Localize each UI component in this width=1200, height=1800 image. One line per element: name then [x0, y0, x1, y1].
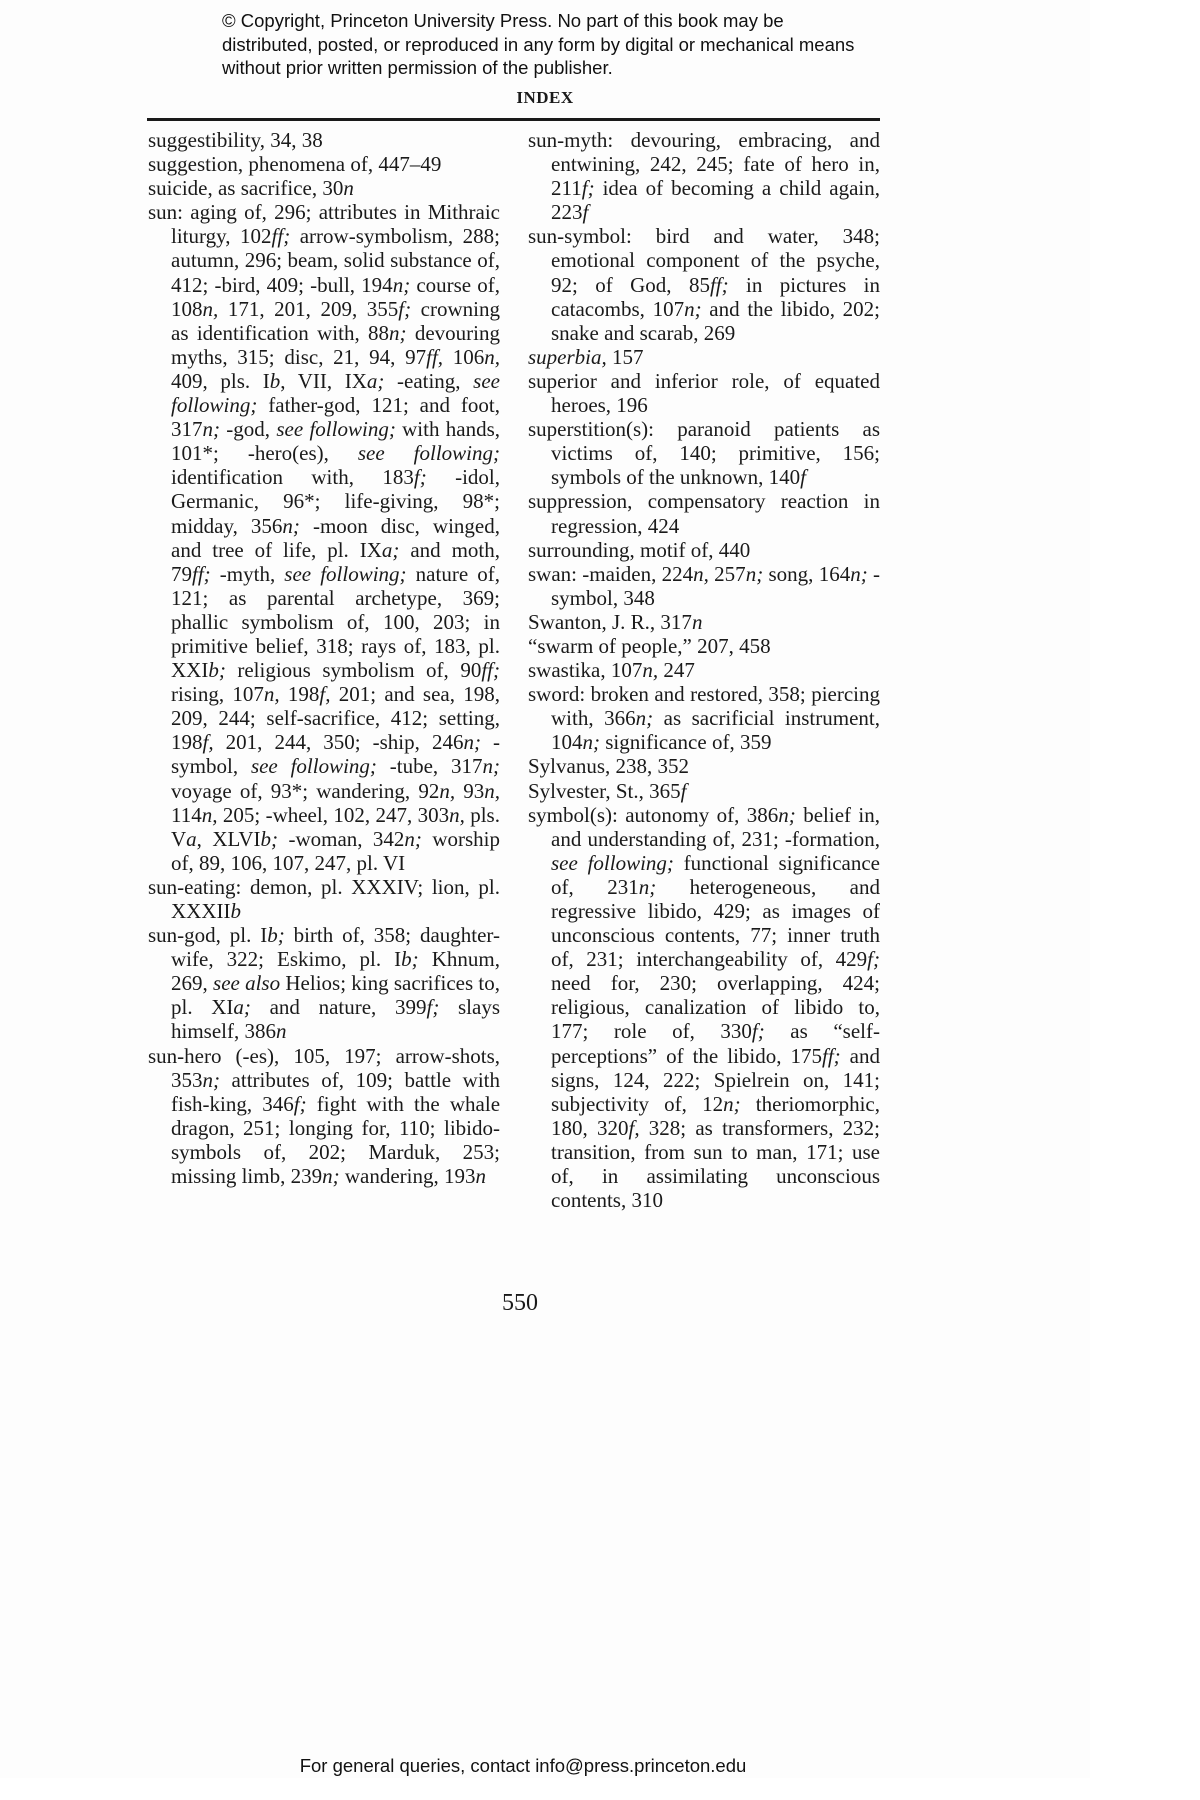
index-entry: swastika, 107n, 247 — [528, 658, 880, 682]
index-entry: superior and inferior role, of equated h… — [528, 369, 880, 417]
index-entry: superbia, 157 — [528, 345, 880, 369]
index-entry: sun: aging of, 296; attributes in Mithra… — [148, 200, 500, 875]
index-column-right: sun-myth: devouring, embracing, and entw… — [528, 128, 880, 1212]
index-entry: Sylvester, St., 365f — [528, 779, 880, 803]
index-entry: sun-god, pl. Ib; birth of, 358; daughter… — [148, 923, 500, 1043]
index-entry: sun-eating: demon, pl. XXXIV; lion, pl. … — [148, 875, 500, 923]
index-entry: sword: broken and restored, 358; piercin… — [528, 682, 880, 754]
index-entry: sun-myth: devouring, embracing, and entw… — [528, 128, 880, 224]
index-entry: Sylvanus, 238, 352 — [528, 754, 880, 778]
index-entry: suggestibility, 34, 38 — [148, 128, 500, 152]
index-entry: suggestion, phenomena of, 447–49 — [148, 152, 500, 176]
index-entry: sun-symbol: bird and water, 348; emotion… — [528, 224, 880, 344]
index-entry: suicide, as sacrifice, 30n — [148, 176, 500, 200]
index-entry: superstition(s): paranoid patients as vi… — [528, 417, 880, 489]
index-entry: “swarm of people,” 207, 458 — [528, 634, 880, 658]
index-entry: swan: -maiden, 224n, 257n; song, 164n; -… — [528, 562, 880, 610]
running-head: INDEX — [0, 88, 1090, 108]
index-entry: Swanton, J. R., 317n — [528, 610, 880, 634]
footer-note: For general queries, contact info@press.… — [0, 1755, 1046, 1777]
index-entry: suppression, compensatory reaction in re… — [528, 489, 880, 537]
header-rule — [147, 118, 880, 121]
index-entry: surrounding, motif of, 440 — [528, 538, 880, 562]
copyright-notice: © Copyright, Princeton University Press.… — [222, 9, 862, 80]
book-page: © Copyright, Princeton University Press.… — [0, 0, 1090, 1778]
index-entry: symbol(s): autonomy of, 386n; belief in,… — [528, 803, 880, 1213]
index-column-left: suggestibility, 34, 38suggestion, phenom… — [148, 128, 500, 1188]
index-entry: sun-hero (-es), 105, 197; arrow-shots, 3… — [148, 1044, 500, 1189]
page-number: 550 — [0, 1290, 1040, 1317]
